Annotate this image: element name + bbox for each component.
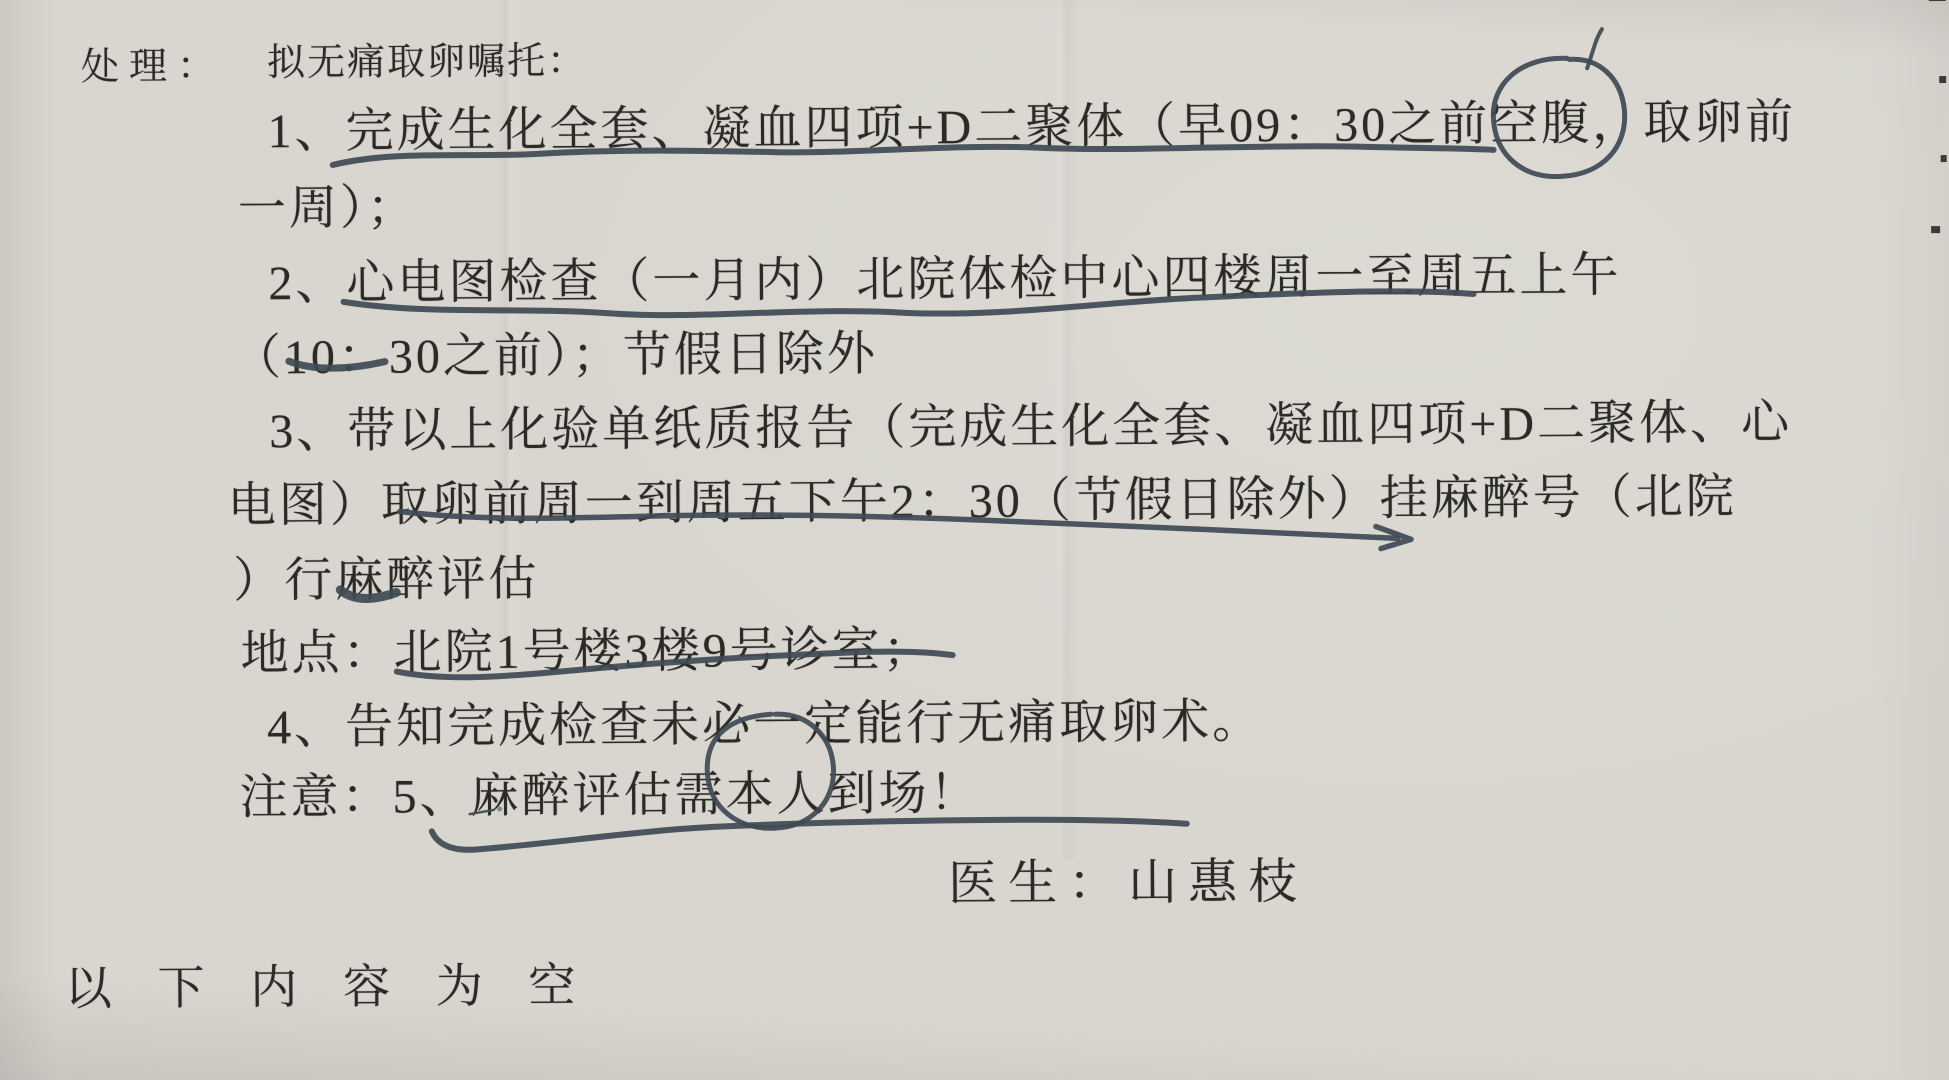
doc-line-item1-cont: 一周）；: [238, 168, 418, 238]
document-content: 处理： 拟无痛取卵嘱托： 1、完成生化全套、凝血四项+D二聚体（早09：30之前…: [0, 0, 1949, 1080]
footer-empty-note: 以 下 内 容 为 空: [64, 948, 592, 1018]
doctor-signature: 医生：山惠枝: [948, 843, 1308, 915]
doc-line-item1: 1、完成生化全套、凝血四项+D二聚体（早09：30之前空腹，取卵前: [267, 83, 1796, 161]
pen-flick-above-circle: [1587, 29, 1602, 68]
doc-line-item3: 3、带以上化验单纸质报告（完成生化全套、凝血四项+D二聚体、心: [269, 383, 1792, 461]
photo-edge-artifact: [1939, 76, 1946, 83]
doc-line-item2-cont: （10：30之前）；节假日除外: [233, 315, 878, 388]
pen-arrowhead: [1376, 526, 1411, 548]
doc-line-item2: 2、心电图检查（一月内）北院体检中心四楼周一至周五上午: [268, 236, 1621, 313]
pen-annotations-layer: [0, 0, 1949, 1080]
doc-line-notice: 注意：5、麻醉评估需本人到场！: [239, 754, 980, 828]
photo-edge-artifact: [1931, 226, 1940, 233]
photo-edge-artifact: [1941, 155, 1947, 162]
doc-line-item3-cont1: 电图）取卵前周一到周五下午2：30（节假日除外）挂麻醉号（北院: [228, 457, 1737, 535]
section-label: 处理：: [81, 35, 225, 91]
photo-edge-artifact: [1929, 0, 1946, 1]
doc-line-item3-cont2: ）行麻醉评估: [233, 540, 539, 611]
doc-line-item4: 4、告知完成检查未必一定能行无痛取卵术。: [267, 682, 1263, 757]
doc-title-line: 拟无痛取卵嘱托：: [267, 29, 587, 86]
doc-line-location: 地点：北院1号楼3楼9号诊室；: [240, 610, 933, 683]
document-page: 处理： 拟无痛取卵嘱托： 1、完成生化全套、凝血四项+D二聚体（早09：30之前…: [0, 0, 1949, 1080]
